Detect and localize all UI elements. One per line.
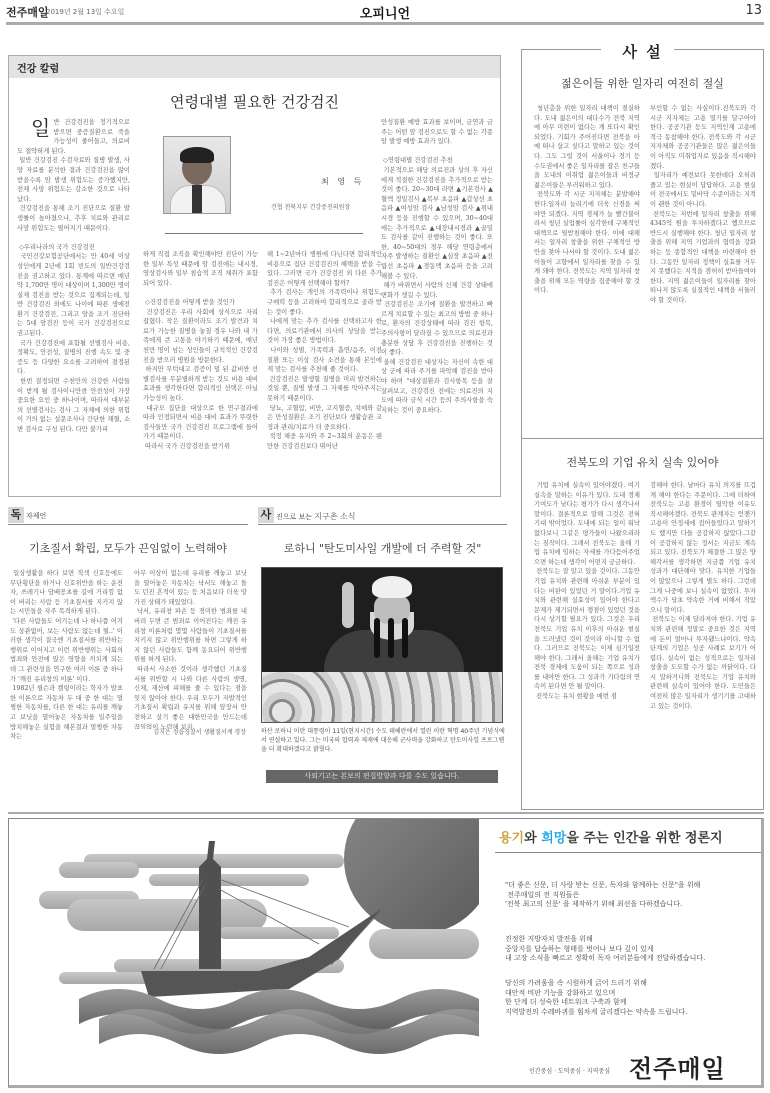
section-cap: 독 xyxy=(8,507,24,523)
divider xyxy=(495,852,764,853)
column-kicker: 건강 칼럼 xyxy=(9,56,500,78)
editorial-column-2: 검해야 한다. 날마다 유치 의지를 뜨겁게 해야 한다는 주문이다. 그에 더… xyxy=(650,481,756,801)
editorial-box-2: 전북도의 기업 유치 실속 있어야 기업 유치에 실속이 있어야겠다. 여기 실… xyxy=(521,439,764,810)
health-column: 건강 칼럼 연령대별 필요한 건강검진 최 영 득 건협 전북지부 건강증진의원… xyxy=(8,55,501,497)
photo-flowers xyxy=(262,672,502,722)
ship-illustration xyxy=(9,819,479,1088)
divider xyxy=(8,812,764,814)
masthead: 전주매일 2019년 2월 13일 수요일 오피니언 13 xyxy=(6,0,764,24)
author-affiliation: 건협 전북지부 건강증진의원장 xyxy=(271,202,350,211)
ad-paragraph-3: 당신의 가려움을 속 시원하게 긁어 드리기 위해 대안적 비판 기능을 강화하… xyxy=(505,979,755,1017)
article-column-4: 만성질환 예방 효과를 보이며, 금연과 금주는 어떤 암 검진으로도 할 수 … xyxy=(381,118,493,415)
article-column-1: 일반 건강검진을 정기적으로 받으면 중증질환으로 죽을 가능성이 줄어들고, … xyxy=(17,118,130,435)
section-label-large: 지구촌 소식 xyxy=(314,512,355,521)
section-label-small: 진으로 보는 xyxy=(276,513,314,521)
section-title: 오피니언 xyxy=(6,3,764,22)
section-label: 자제언 xyxy=(26,511,46,521)
editorial-title: 전북도의 기업 유치 실속 있어야 xyxy=(522,454,763,470)
author-photo xyxy=(163,136,231,214)
column-text: 반 건강검진을 정기적으로 받으면 중증질환으로 죽을 가능성이 줄어들고, 의… xyxy=(17,119,132,433)
author-name: 최 영 득 xyxy=(321,176,364,187)
ad-headline: 용기와 희망을 주는 인간을 위한 정론지 xyxy=(499,827,723,846)
ad-slogan: 인간중심 · 도덕중심 · 지역중심 xyxy=(529,1066,610,1075)
headline-text: 와 xyxy=(524,831,541,846)
article-title: 기초질서 확립, 모두가 끈임없이 노력해야 xyxy=(8,540,248,556)
editorial-title: 젊은이들 위한 일자리 여전히 절실 xyxy=(522,75,763,91)
dropcap: 일 xyxy=(31,118,50,138)
photo-hand xyxy=(342,582,354,628)
article-title: 연령대별 필요한 건강검진 xyxy=(9,91,500,112)
editorial-label: 사 설 xyxy=(522,41,763,62)
section-label: 진으로 보는 지구촌 소식 xyxy=(276,511,355,522)
article-column-1: 일상생활을 하다 보면 적색 신호등에도 무단횡단을 하거나 신호위반을 하는 … xyxy=(10,569,123,759)
newspaper-ad: 용기와 희망을 주는 인간을 위한 정론지 "더 좋은 신문, 더 사랑 받는 … xyxy=(8,818,764,1088)
disclaimer-banner: 사외기고는 본보의 편집방향과 다를 수도 있습니다. xyxy=(266,770,498,783)
article-title: 로하니 "탄도미사일 개발에 더 주력할 것" xyxy=(258,540,507,556)
newspaper-logo: 전주매일 xyxy=(629,1049,726,1084)
headline-highlight-gold: 용기 xyxy=(499,831,524,846)
divider xyxy=(165,233,363,234)
section-header: 사 진으로 보는 지구촌 소식 xyxy=(258,505,507,525)
photo-turban xyxy=(372,576,412,598)
article-column-2: 하게 직접 조직을 확인해야만 진단이 가능한 일부 특성 때문에 암 검진에는… xyxy=(143,250,258,451)
page-number: 13 xyxy=(745,3,762,18)
reader-column: 독 자제언 기초질서 확립, 모두가 끈임없이 노력해야 일상생활을 하다 보면… xyxy=(8,505,248,805)
editorial-box: 사 설 젊은이들 위한 일자리 여전히 절실 청년층을 위한 일자리 대책이 절… xyxy=(521,49,764,439)
article-column-3: 해 1~2년마다 병원에 다닌다면 합리적인 비용으로 집단 건강검진의 혜택을… xyxy=(267,250,382,451)
byline: 김지은 정읍경찰서 생활질서계 경장 xyxy=(153,727,246,736)
section-header: 독 자제언 xyxy=(8,505,248,525)
section-cap: 사 xyxy=(258,507,274,523)
headline-text: 을 주는 인간을 위한 정론지 xyxy=(566,831,722,846)
microphone-icon xyxy=(402,618,408,658)
editorial-column-2: 부인할 수 없는 사실이다.전북도와 각 시군 지자체는 고용 열기를 달구어야… xyxy=(650,104,756,434)
ad-paragraph-1: "더 좋은 신문, 더 사랑 받는 신문, 독자와 함께하는 신문"을 위해 전… xyxy=(505,881,755,910)
microphone-icon xyxy=(374,618,380,658)
ad-paragraph-2: 진정한 지방자치 발전을 위해 중앙지를 답습하는 형태를 벗어나 보다 깊이 … xyxy=(505,935,755,964)
news-photo xyxy=(261,567,503,723)
editorial-column-1: 기업 유치에 실속이 있어야겠다. 여기 실속을 말하는 이유가 있다. 도내 … xyxy=(534,481,640,801)
photo-tie xyxy=(192,185,202,214)
article-column-2: 아무 이상이 없는데 유리를 깨놓고 보닛을 열어놓은 자동차는 낙서도 해놓고… xyxy=(134,569,247,729)
editorial-column-1: 청년층을 위한 일자리 대책이 절실하다. 도내 젊은이의 대다수가 전북 지역… xyxy=(534,104,640,434)
photo-caption: 하산 로하니 이란 대통령이 11일(현지시간) 수도 테헤란에서 열린 이란 … xyxy=(261,727,505,754)
headline-highlight-blue: 희망 xyxy=(541,831,566,846)
microphone-icon xyxy=(388,618,394,658)
photo-news: 사 진으로 보는 지구촌 소식 로하니 "탄도미사일 개발에 더 주력할 것" … xyxy=(258,505,507,795)
photo-hair xyxy=(180,147,214,163)
masthead-rule xyxy=(6,22,764,25)
